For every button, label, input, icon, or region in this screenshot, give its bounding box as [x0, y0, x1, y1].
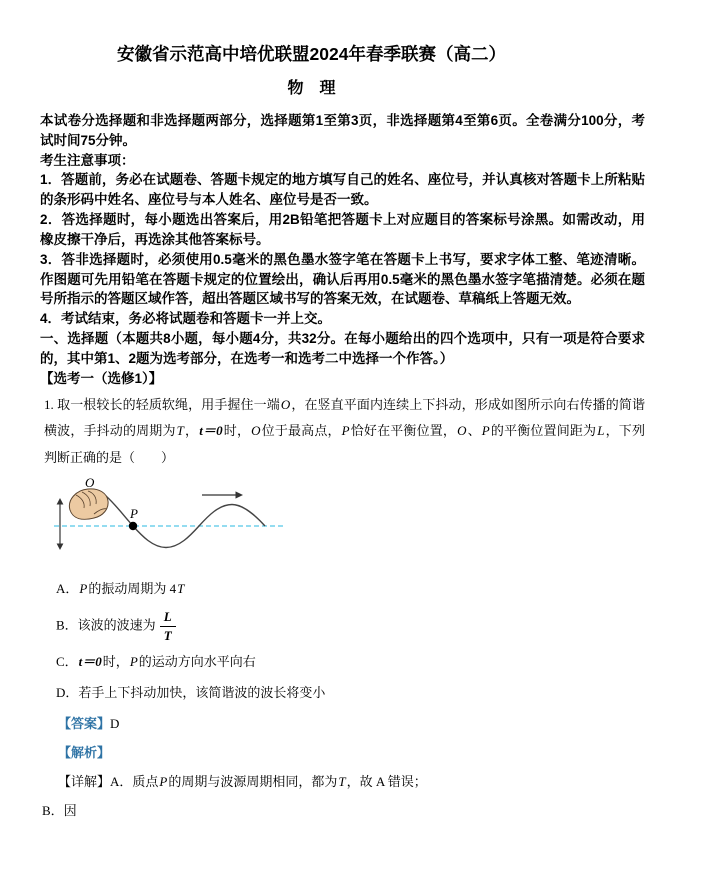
detail-tag: 【详解】 — [58, 774, 110, 789]
stem-text: 的平衡位置间距为 — [491, 423, 596, 438]
option-d-text: 若手上下抖动加快，该简谐波的波长将变小 — [78, 685, 325, 700]
stem-text: 位于最高点， — [262, 423, 341, 438]
variable-P: P — [129, 654, 139, 669]
stem-text: ， — [185, 423, 198, 438]
variable-T: T — [176, 581, 185, 596]
variable-T: T — [337, 774, 346, 789]
notice-item-2: 2．答选择题时，每小题选出答案后，用2B铅笔把答题卡上对应题目的答案标号涂黑。如… — [40, 210, 645, 250]
analysis-line: 【解析】 — [58, 742, 645, 761]
notice-item-4: 4．考试结束，务必将试题卷和答题卡一并上交。 — [40, 309, 645, 329]
stem-text: 1. 取一根较长的轻质软绳，用手握住一端 — [44, 397, 280, 412]
question-1-options: A．P的振动周期为 4T B．该波的波速为LT C．t＝0时，P的运动方向水平向… — [56, 578, 645, 702]
answer-line: 【答案】D — [58, 713, 645, 732]
stem-text: 、 — [467, 423, 480, 438]
point-p-marker — [129, 521, 137, 529]
notice-item-1: 1．答题前，务必在试题卷、答题卡规定的地方填写自己的姓名、座位号，并认真核对答题… — [40, 170, 645, 210]
question-1-figure: O P — [40, 474, 645, 576]
elective-heading: 【选考一（选修1）】 — [40, 369, 645, 389]
answer-tag: 【答案】 — [58, 716, 110, 731]
option-b-letter: B． — [56, 617, 78, 632]
detail-line: 【详解】A．质点P的周期与波源周期相同，都为T，故 A 错误； — [58, 771, 645, 790]
time-zero-expression: t＝0 — [78, 654, 103, 669]
hand-illustration — [69, 488, 108, 518]
option-c: C．t＝0时，P的运动方向水平向右 — [56, 651, 645, 670]
fraction-numerator: L — [160, 609, 176, 627]
notice-item-3: 3．答非选择题时，必须使用0.5毫米的黑色墨水签字笔在答题卡上书写，要求字体工整… — [40, 250, 645, 310]
stem-text: 时， — [224, 423, 251, 438]
option-b-text: 该波的波速为 — [78, 617, 156, 632]
question-1-stem: 1. 取一根较长的轻质软绳，用手握住一端O，在竖直平面内连续上下抖动，形成如图所… — [44, 392, 645, 472]
option-a-letter: A． — [56, 581, 78, 596]
detail-text: 的周期与波源周期相同，都为 — [168, 774, 337, 789]
variable-O: O — [250, 423, 261, 438]
wave-curve — [106, 496, 265, 548]
variable-P: P — [481, 423, 491, 438]
exam-paper-page: 安徽省示范高中培优联盟2024年春季联赛（高二） 物 理 本试卷分选择题和非选择… — [0, 0, 701, 819]
variable-P: P — [158, 774, 168, 789]
continuation-letter: B． — [42, 803, 64, 818]
variable-P: P — [78, 581, 88, 596]
point-o-label: O — [85, 475, 95, 490]
option-b: B．该波的波速为LT — [56, 609, 645, 645]
option-a: A．P的振动周期为 4T — [56, 578, 645, 597]
time-zero-expression: t＝0 — [198, 423, 223, 438]
page-title: 安徽省示范高中培优联盟2024年春季联赛（高二） — [40, 44, 583, 66]
wave-direction-arrow-icon — [202, 491, 243, 498]
exam-summary: 本试卷分选择题和非选择题两部分，选择题第1至第3页，非选择题第4至第6页。全卷满… — [40, 111, 645, 151]
variable-O: O — [456, 423, 467, 438]
notice-heading: 考生注意事项： — [40, 151, 645, 171]
stem-text: 恰好在平衡位置， — [351, 423, 456, 438]
analysis-tag: 【解析】 — [58, 745, 110, 760]
variable-T: T — [176, 423, 185, 438]
fraction-denominator: T — [160, 627, 176, 644]
detail-continuation-line: B．因 — [42, 800, 645, 819]
point-p-label: P — [129, 506, 138, 521]
option-a-text: 的振动周期为 4 — [88, 581, 176, 596]
subject-title: 物 理 — [40, 75, 583, 98]
wave-diagram: O P — [40, 474, 340, 576]
option-d: D．若手上下抖动加快，该简谐波的波长将变小 — [56, 682, 645, 701]
answer-value: D — [110, 716, 119, 731]
continuation-text: 因 — [64, 803, 77, 818]
up-down-arrow-icon — [57, 498, 64, 550]
section-heading: 一、选择题（本题共8小题，每小题4分，共32分。在每小题给出的四个选项中，只有一… — [40, 329, 645, 369]
variable-P: P — [341, 423, 351, 438]
detail-text: A．质点 — [110, 774, 158, 789]
option-d-letter: D． — [56, 685, 78, 700]
option-c-letter: C． — [56, 654, 78, 669]
variable-O: O — [280, 397, 291, 412]
option-c-text: 时， — [103, 654, 129, 669]
fraction-L-over-T: LT — [160, 609, 176, 645]
option-c-text: 的运动方向水平向右 — [139, 654, 256, 669]
detail-text: ，故 A 错误； — [347, 774, 427, 789]
